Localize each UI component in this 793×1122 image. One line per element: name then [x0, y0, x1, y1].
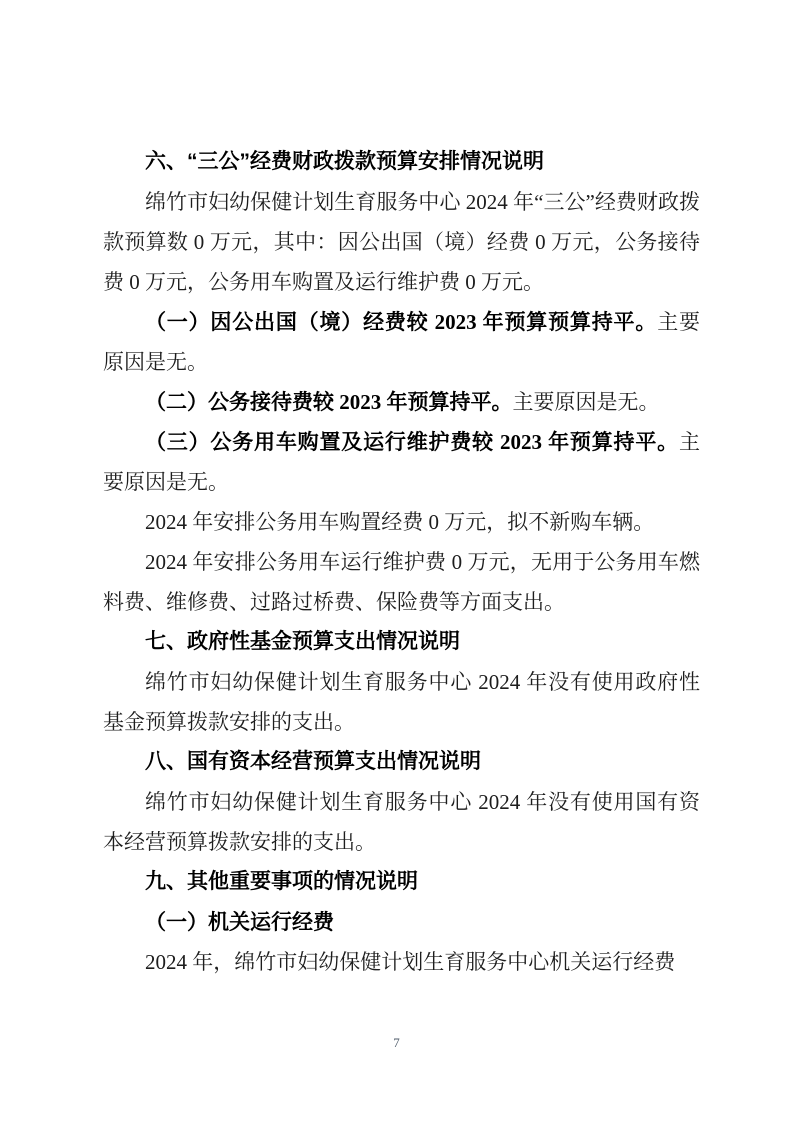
paragraph-gov-fund: 绵竹市妇幼保健计划生育服务中心 2024 年没有使用政府性基金预算拨款安排的支出… [103, 662, 700, 742]
section-heading-eight-state-capital: 八、国有资本经营预算支出情况说明 [103, 742, 700, 782]
document-page: 六、“三公”经费财政拨款预算安排情况说明 绵竹市妇幼保健计划生育服务中心 202… [0, 0, 793, 1122]
section-heading-seven-gov-fund: 七、政府性基金预算支出情况说明 [103, 622, 700, 662]
subsection-heading-agency-operating-cost: （一）机关运行经费 [103, 902, 700, 942]
paragraph-item-one-lead: （一）因公出国（境）经费较 2023 年预算预算持平。 [145, 310, 657, 334]
paragraph-item-one-abroad: （一）因公出国（境）经费较 2023 年预算预算持平。主要原因是无。 [103, 302, 700, 382]
document-body: 六、“三公”经费财政拨款预算安排情况说明 绵竹市妇幼保健计划生育服务中心 202… [103, 142, 700, 982]
section-heading-nine-other-matters: 九、其他重要事项的情况说明 [103, 862, 700, 902]
page-number: 7 [0, 1034, 793, 1052]
paragraph-vehicle-maintenance: 2024 年安排公务用车运行维护费 0 万元，无用于公务用车燃料费、维修费、过路… [103, 542, 700, 622]
paragraph-item-three-lead: （三）公务用车购置及运行维护费较 2023 年预算持平。 [145, 430, 679, 454]
paragraph-item-two-lead: （二）公务接待费较 2023 年预算持平。 [145, 390, 513, 414]
paragraph-state-capital: 绵竹市妇幼保健计划生育服务中心 2024 年没有使用国有资本经营预算拨款安排的支… [103, 782, 700, 862]
paragraph-item-three-vehicle: （三）公务用车购置及运行维护费较 2023 年预算持平。主要原因是无。 [103, 422, 700, 502]
paragraph-agency-operating-cost: 2024 年，绵竹市妇幼保健计划生育服务中心机关运行经费 [103, 942, 700, 982]
paragraph-item-two-reception: （二）公务接待费较 2023 年预算持平。主要原因是无。 [103, 382, 700, 422]
paragraph-sangong-summary: 绵竹市妇幼保健计划生育服务中心 2024 年“三公”经费财政拨款预算数 0 万元… [103, 182, 700, 302]
paragraph-vehicle-purchase: 2024 年安排公务用车购置经费 0 万元，拟不新购车辆。 [103, 502, 700, 542]
section-heading-six-sangong: 六、“三公”经费财政拨款预算安排情况说明 [103, 142, 700, 182]
paragraph-item-two-rest: 主要原因是无。 [513, 390, 660, 414]
